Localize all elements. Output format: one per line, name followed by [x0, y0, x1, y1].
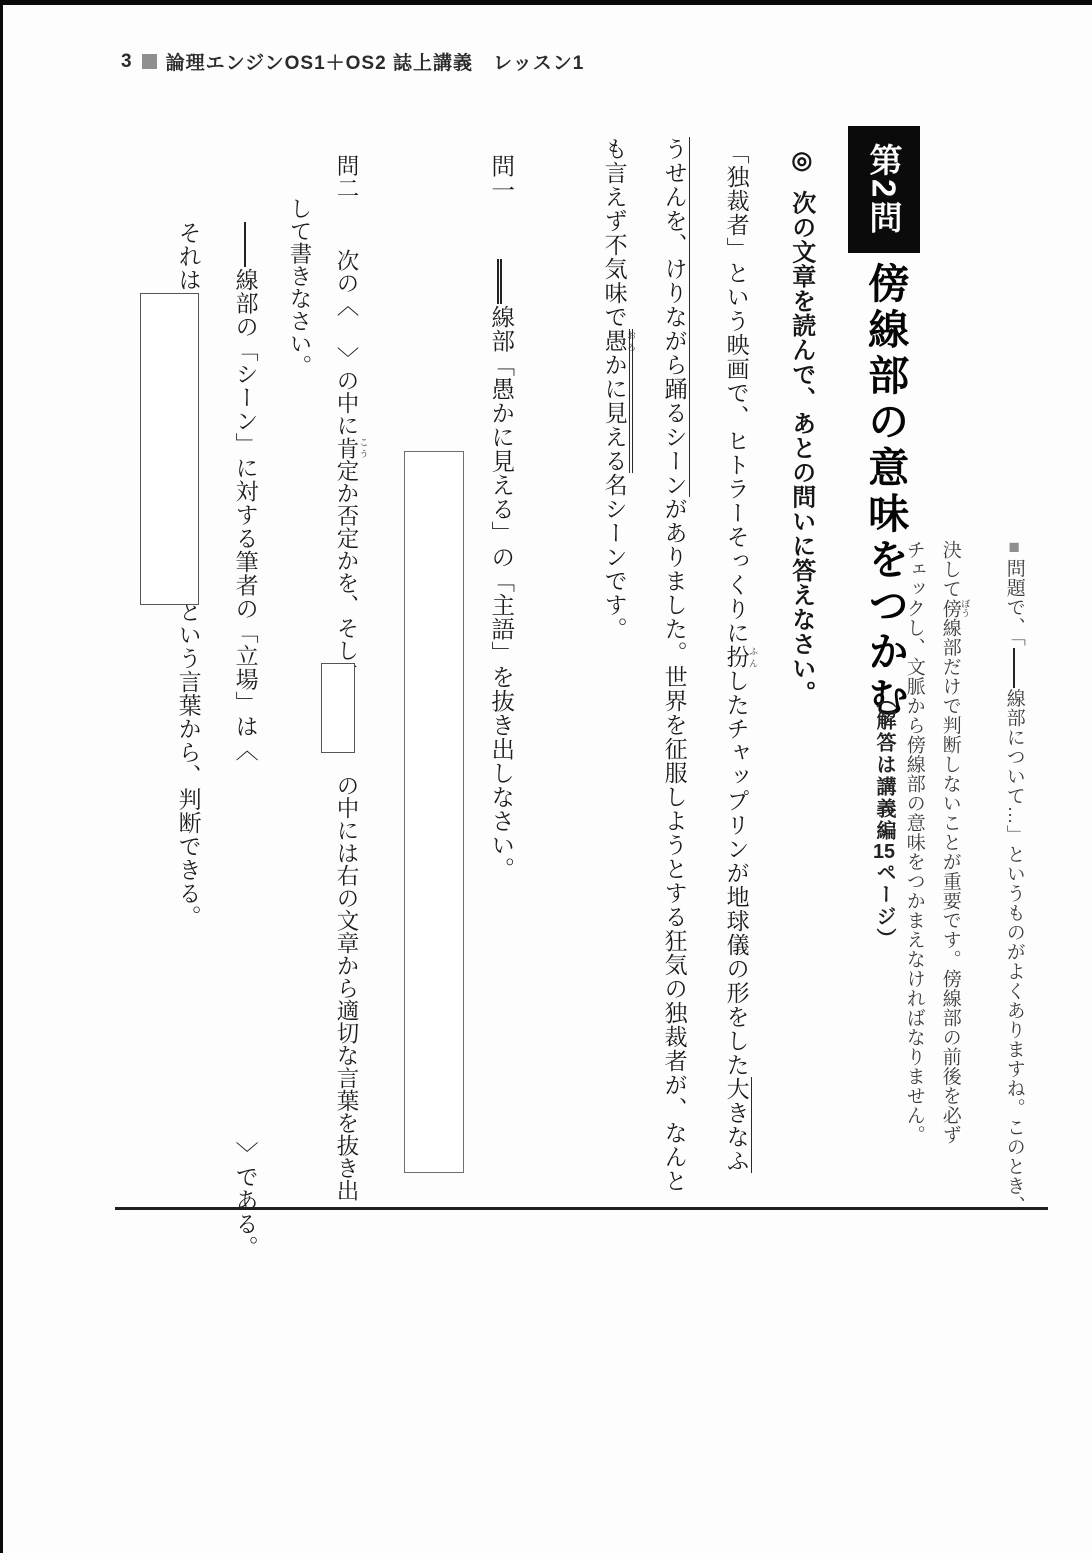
page-header: 3 論理エンジンOS1＋OS2 誌上講義 レッスン1 — [121, 48, 584, 75]
question-one-answer-box[interactable] — [404, 451, 464, 1173]
margin-note-column-3: チェックし、文脈から傍線部の意味をつかまえなければなりません。 — [902, 540, 926, 1145]
question-two-inline-answer-box[interactable] — [321, 663, 355, 753]
page-number: 3 — [121, 51, 133, 73]
question-one: 問一線部「愚かに見える」の「主語」を抜き出しなさい。 — [486, 154, 514, 881]
passage-column-1: 「独裁者」という映画で、ヒトラーそっくりに扮ふんしたチャップリンが地球儀の形をし… — [722, 141, 758, 1173]
reading-instruction: ◎次の文章を読んで、あとの問いに答えなさい。 — [786, 146, 815, 705]
bottom-divider-rule — [115, 1207, 1048, 1210]
page-top-edge — [0, 0, 1092, 5]
margin-note-column-2: 決して傍ぼう線部だけで判断しないことが重要です。傍線部の前後を必ず — [938, 540, 970, 1145]
answer-reference: （解答は講義編15ページ） — [872, 688, 896, 950]
conclusion-answer-box[interactable] — [140, 293, 199, 605]
header-title: 論理エンジンOS1＋OS2 誌上講義 レッスン1 — [166, 48, 585, 75]
worksheet-page: 3 論理エンジンOS1＋OS2 誌上講義 レッスン1 第2問 傍線部の意味をつか… — [0, 0, 1092, 1553]
page-left-edge — [0, 0, 3, 1553]
problem-number: 第2問 — [868, 143, 901, 236]
question-two-statement: 線部の「シーン」に対する筆者の「立場」は〈〉である。 — [231, 221, 259, 1259]
square-bullet-icon — [142, 54, 157, 69]
passage-column-2: うせんを、けりながら踊るシーンがありました。世界を征服しようとする狂気の独裁者が… — [660, 137, 688, 1193]
passage-column-3: も言えず不気味で愚おろかに見える名シーンです。 — [600, 137, 636, 641]
problem-number-box: 第2問 — [848, 126, 920, 253]
margin-note-column-1: ■問題で、「線部について…」というものがよくありますね。このとき、 — [1002, 537, 1026, 1215]
question-two-column-2: して書きなさい。 — [286, 197, 313, 377]
